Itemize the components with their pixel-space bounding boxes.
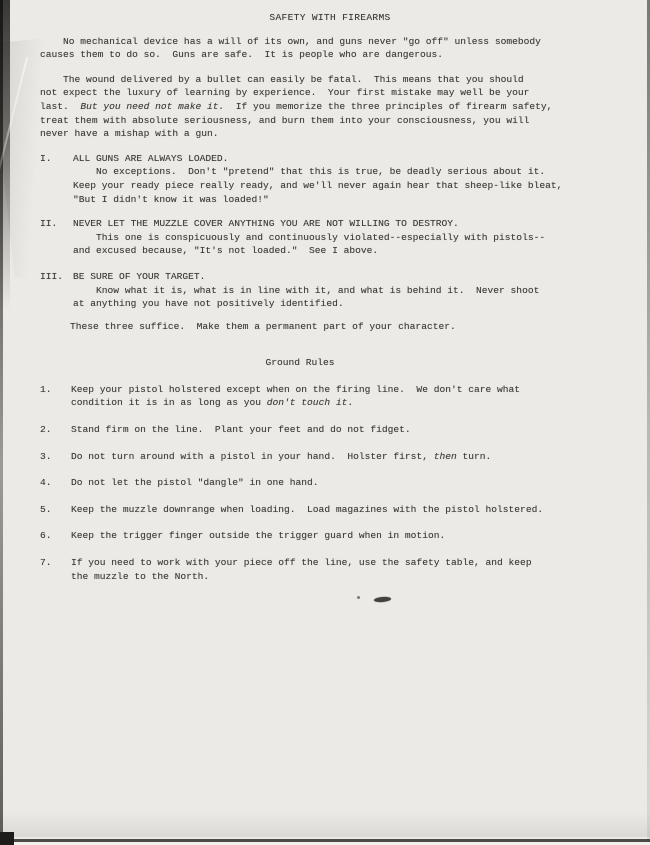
rule-number: 4.	[40, 476, 71, 490]
principle-item-1: I. ALL GUNS ARE ALWAYS LOADED. No except…	[40, 152, 635, 206]
rule-item-7: 7. If you need to work with your piece o…	[40, 556, 635, 583]
rule-number: 6.	[40, 529, 71, 543]
principle-body-wrap: NEVER LET THE MUZZLE COVER ANYTHING YOU …	[73, 217, 635, 258]
rule-item-1: 1. Keep your pistol holstered except whe…	[40, 383, 635, 410]
rule-text: Keep the muzzle downrange when loading. …	[71, 503, 635, 517]
ink-speck	[357, 596, 360, 599]
rule-text-plain: turn.	[457, 451, 492, 462]
principle-heading: BE SURE OF YOUR TARGET.	[73, 270, 635, 284]
closing-line: These three suffice. Make them a permane…	[70, 320, 635, 334]
rule-item-4: 4. Do not let the pistol "dangle" in one…	[40, 476, 635, 490]
rule-text-plain: Do not turn around with a pistol in your…	[71, 451, 434, 462]
document-content: SAFETY WITH FIREARMS No mechanical devic…	[40, 11, 635, 596]
ink-smudge	[374, 596, 391, 602]
rule-text: Do not let the pistol "dangle" in one ha…	[71, 476, 635, 490]
ground-rules-heading: Ground Rules	[40, 356, 560, 370]
rule-text-plain: Keep the trigger finger outside the trig…	[71, 530, 445, 541]
rule-text: Keep the trigger finger outside the trig…	[71, 529, 635, 543]
scanned-document-page: SAFETY WITH FIREARMS No mechanical devic…	[0, 0, 650, 845]
rule-item-2: 2. Stand firm on the line. Plant your fe…	[40, 423, 635, 437]
principle-item-3: III. BE SURE OF YOUR TARGET. Know what i…	[40, 270, 635, 311]
rule-number: 7.	[40, 556, 71, 583]
principle-heading: NEVER LET THE MUZZLE COVER ANYTHING YOU …	[73, 217, 635, 231]
rule-item-6: 6. Keep the trigger finger outside the t…	[40, 529, 635, 543]
intro-paragraph-1: No mechanical device has a will of its o…	[40, 35, 635, 62]
rule-text-plain: Stand firm on the line. Plant your feet …	[71, 424, 411, 435]
rule-text: Stand firm on the line. Plant your feet …	[71, 423, 635, 437]
intro-paragraph-2: The wound delivered by a bullet can easi…	[40, 73, 635, 141]
rule-number: 5.	[40, 503, 71, 517]
rule-text: Keep your pistol holstered except when o…	[71, 383, 635, 410]
rule-text-italic: don't touch it	[267, 397, 348, 408]
rule-number: 3.	[40, 450, 71, 464]
principle-heading: ALL GUNS ARE ALWAYS LOADED.	[73, 152, 635, 166]
rule-text: If you need to work with your piece off …	[71, 556, 635, 583]
rule-text-plain: Do not let the pistol "dangle" in one ha…	[71, 477, 319, 488]
rule-text-italic: then	[434, 451, 457, 462]
principle-body-wrap: ALL GUNS ARE ALWAYS LOADED. No exception…	[73, 152, 635, 206]
rule-text-plain: Keep the muzzle downrange when loading. …	[71, 504, 543, 515]
rule-item-3: 3. Do not turn around with a pistol in y…	[40, 450, 635, 464]
principle-body: This one is conspicuously and continuous…	[73, 231, 635, 258]
scan-corner-bottom-left	[0, 832, 14, 845]
scan-edge-left	[0, 0, 3, 845]
paragraph-italic-text: But you need not make it.	[80, 101, 224, 112]
principle-item-2: II. NEVER LET THE MUZZLE COVER ANYTHING …	[40, 217, 635, 258]
rule-text-plain: .	[347, 397, 353, 408]
rule-number: 2.	[40, 423, 71, 437]
scan-shadow-bottom	[0, 811, 650, 837]
rule-item-5: 5. Keep the muzzle downrange when loadin…	[40, 503, 635, 517]
rule-text-plain: If you need to work with your piece off …	[71, 557, 532, 582]
page-title: SAFETY WITH FIREARMS	[40, 11, 620, 25]
rule-number: 1.	[40, 383, 71, 410]
rule-text: Do not turn around with a pistol in your…	[71, 450, 635, 464]
principle-body-wrap: BE SURE OF YOUR TARGET. Know what it is,…	[73, 270, 635, 311]
principle-numeral: III.	[40, 270, 73, 311]
principle-body: Know what it is, what is in line with it…	[73, 284, 635, 311]
principle-body: No exceptions. Don't "pretend" that this…	[73, 165, 635, 206]
